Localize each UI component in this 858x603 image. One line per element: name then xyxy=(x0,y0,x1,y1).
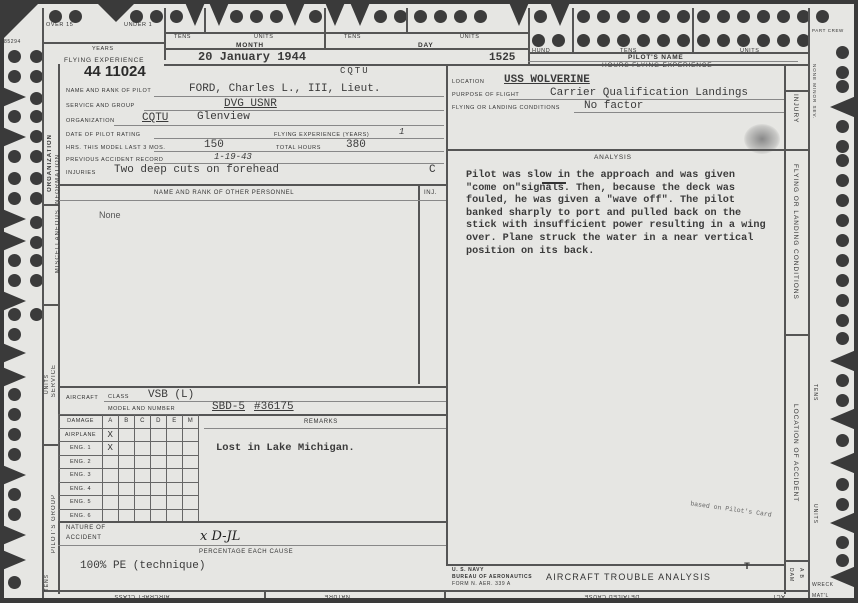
punch-notch xyxy=(830,452,856,474)
month-units-label: Units xyxy=(254,34,274,40)
punch-hole xyxy=(597,34,610,47)
punch-hole xyxy=(474,10,487,23)
aircraft-number: #36175 xyxy=(254,401,294,413)
punch-hole xyxy=(836,314,849,327)
side-label-tens: Tens xyxy=(812,384,818,401)
previous-accident-label: Previous Accident Record xyxy=(66,157,163,163)
punch-hole xyxy=(717,34,730,47)
organization-label: Organization xyxy=(66,118,115,124)
punch-hole xyxy=(697,10,710,23)
divider xyxy=(164,32,528,34)
damage-cell xyxy=(183,428,199,442)
divider xyxy=(692,8,694,54)
purpose-of-flight: Carrier Qualification Landings xyxy=(550,87,748,99)
damage-cell xyxy=(135,455,151,469)
punch-hole xyxy=(836,274,849,287)
damage-cell xyxy=(103,455,119,469)
punch-notch xyxy=(0,126,26,148)
damage-header-row: Damage A B C D E M xyxy=(59,415,199,429)
divider xyxy=(528,61,798,62)
side-label-tens: Tens xyxy=(44,574,50,591)
nature-label-line2: Accident xyxy=(66,535,101,541)
damage-cell xyxy=(151,469,167,483)
divider xyxy=(164,64,808,66)
footer-org-line1: U. S. Navy xyxy=(452,567,484,573)
bottom-mat: Mat'l xyxy=(812,593,829,599)
punch-notch xyxy=(0,86,26,108)
damage-col: M xyxy=(183,415,199,429)
organization-unit: CQTU xyxy=(142,112,168,124)
punch-hole xyxy=(8,408,21,421)
punch-hole xyxy=(757,34,770,47)
punch-hole xyxy=(777,34,790,47)
side-label-injury: Injury xyxy=(792,94,799,123)
damage-cell xyxy=(167,442,183,456)
punch-hole xyxy=(836,140,849,153)
bottom-act: Act xyxy=(772,593,785,599)
damage-cell xyxy=(119,469,135,483)
left-border xyxy=(42,8,44,598)
punch-hole xyxy=(836,434,849,447)
damage-cell xyxy=(151,496,167,510)
punch-hole xyxy=(617,10,630,23)
divider xyxy=(784,560,808,562)
aircraft-trouble-analysis-card: 85294 xyxy=(4,4,854,598)
previous-accident: 1-19-43 xyxy=(214,152,252,162)
punch-hole xyxy=(250,10,263,23)
day-units-label: Units xyxy=(460,34,480,40)
damage-row: Eng. 5 xyxy=(59,496,199,510)
other-personnel-value: None xyxy=(99,210,121,220)
analysis-line: banked sharply to port and pulled back o… xyxy=(466,208,766,221)
punch-hole xyxy=(677,34,690,47)
punch-hole xyxy=(836,214,849,227)
damage-cell xyxy=(119,455,135,469)
pilot-name-label: Name and Rank of Pilot xyxy=(66,88,151,94)
class-label: Class xyxy=(108,394,129,400)
location: USS WOLVERINE xyxy=(504,74,590,86)
damage-cell: X xyxy=(103,428,119,442)
punch-hole xyxy=(8,274,21,287)
divider xyxy=(784,149,808,151)
punch-notch xyxy=(349,0,371,26)
damage-cell xyxy=(135,496,151,510)
punch-hole xyxy=(677,10,690,23)
side-label-units: Units xyxy=(44,374,50,394)
punch-hole xyxy=(836,254,849,267)
divider xyxy=(572,8,574,54)
analysis-line: position on its back. xyxy=(466,246,766,259)
damage-row-label: Eng. 2 xyxy=(59,455,103,469)
punch-notch xyxy=(184,0,206,26)
damage-col: B xyxy=(119,415,135,429)
punch-hole xyxy=(697,34,710,47)
punch-hole xyxy=(170,10,183,23)
divider xyxy=(58,386,446,388)
damage-header: Damage xyxy=(59,415,103,429)
punch-notch xyxy=(208,0,230,26)
damage-cell xyxy=(183,469,199,483)
underline xyxy=(154,151,444,152)
side-label-misc: Miscellaneous Information xyxy=(55,154,61,273)
injuries-label: Injuries xyxy=(66,170,96,176)
punch-hole xyxy=(836,174,849,187)
organization-place: Glenview xyxy=(197,111,250,123)
analysis-line: fouled, he was given a "wave off". The p… xyxy=(466,195,766,208)
punch-hole xyxy=(8,448,21,461)
divider xyxy=(164,8,166,60)
bottom-detailed-cause: Detailed Cause xyxy=(584,593,639,599)
side-label-service: Service xyxy=(51,364,57,397)
damage-row: Eng. 1 X xyxy=(59,442,199,456)
punch-hole xyxy=(8,308,21,321)
damage-cell xyxy=(151,455,167,469)
bottom-nature: Nature xyxy=(324,593,350,599)
punch-notch xyxy=(830,96,856,118)
punch-hole xyxy=(737,10,750,23)
damage-cell xyxy=(151,482,167,496)
punch-hole xyxy=(8,254,21,267)
damage-cell xyxy=(103,482,119,496)
divider xyxy=(58,521,446,523)
punch-hole xyxy=(657,34,670,47)
right-border xyxy=(808,8,810,598)
punch-hole xyxy=(8,508,21,521)
service-group-label: Service and Group xyxy=(66,103,135,109)
divider xyxy=(42,444,58,446)
analysis-line: stick with insufficient power resulting … xyxy=(466,220,766,233)
damage-cell xyxy=(183,442,199,456)
damage-col: E xyxy=(167,415,183,429)
flying-experience-years: 1 xyxy=(399,127,404,137)
underline xyxy=(574,112,784,113)
punch-hole xyxy=(777,10,790,23)
damage-cell xyxy=(151,428,167,442)
punch-notch xyxy=(830,408,856,430)
underline xyxy=(144,110,444,111)
punch-notch xyxy=(0,342,26,364)
other-personnel-header: Name and Rank of Other Personnel xyxy=(154,190,294,196)
damage-cell: X xyxy=(103,442,119,456)
punch-hole xyxy=(836,374,849,387)
divider xyxy=(324,8,326,48)
punch-hole xyxy=(637,34,650,47)
punch-hole xyxy=(737,34,750,47)
divider xyxy=(264,590,266,598)
analysis-line: over. Plane struck the water in a near v… xyxy=(466,233,766,246)
damage-row-label: Airplane xyxy=(59,428,103,442)
punch-hole xyxy=(757,10,770,23)
damage-row: Eng. 3 xyxy=(59,469,199,483)
damage-row-label: Eng. 3 xyxy=(59,469,103,483)
punch-hole xyxy=(836,80,849,93)
nature-of-accident: x D-JL xyxy=(200,529,240,544)
punch-hole xyxy=(8,576,21,589)
punch-hole xyxy=(637,10,650,23)
bottom-ab: A B xyxy=(798,568,804,579)
divider xyxy=(42,590,808,592)
punch-notch xyxy=(0,524,26,546)
side-label-pilots-group: Pilot's Group xyxy=(51,494,57,553)
damage-cell xyxy=(135,428,151,442)
damage-col: D xyxy=(151,415,167,429)
damage-cell xyxy=(103,496,119,510)
punch-notch xyxy=(0,208,26,230)
damage-col: C xyxy=(135,415,151,429)
damage-cell xyxy=(135,482,151,496)
divider xyxy=(784,90,808,92)
aircraft-label: Aircraft xyxy=(66,395,98,401)
divider xyxy=(446,564,784,566)
divider xyxy=(406,8,408,34)
divider xyxy=(418,184,420,384)
flying-conditions-label: Flying or Landing Conditions xyxy=(452,105,560,111)
aircraft-model: SBD-5 xyxy=(212,401,245,413)
damage-cell xyxy=(119,496,135,510)
punch-hole xyxy=(657,10,670,23)
punch-hole xyxy=(552,34,565,47)
punch-hole xyxy=(836,294,849,307)
day-tens-label: Tens xyxy=(344,34,361,40)
divider xyxy=(784,334,808,336)
damage-cell xyxy=(135,442,151,456)
punch-hole xyxy=(8,428,21,441)
bottom-wreck: Wreck xyxy=(812,582,834,588)
punch-hole xyxy=(270,10,283,23)
damage-col: A xyxy=(103,415,119,429)
punch-notch xyxy=(830,512,856,534)
damage-row: Airplane X xyxy=(59,428,199,442)
punch-hole xyxy=(8,70,21,83)
month-tens-label: Tens xyxy=(174,34,191,40)
punch-notch xyxy=(284,0,306,26)
punch-hole xyxy=(309,10,322,23)
damage-cell xyxy=(167,496,183,510)
years-bin-over-15: Over 15 xyxy=(46,22,73,28)
hrs-this-model: 150 xyxy=(204,139,224,151)
punch-notch xyxy=(0,549,26,571)
side-label-organization: Organization xyxy=(47,134,53,192)
damage-table: Damage A B C D E M Airplane X Eng. 1 X xyxy=(58,414,199,523)
punch-notch xyxy=(0,366,26,388)
damage-cell xyxy=(167,469,183,483)
damage-row-label: Eng. 4 xyxy=(59,482,103,496)
damage-cell xyxy=(103,469,119,483)
divider xyxy=(446,149,784,151)
analysis-line: "come on"signals. Then, because the deck… xyxy=(466,183,766,196)
damage-cell xyxy=(167,455,183,469)
punch-hole xyxy=(816,10,829,23)
punch-hole xyxy=(8,110,21,123)
damage-row: Eng. 2 xyxy=(59,455,199,469)
part-crew-label: Part Crew xyxy=(812,28,844,33)
punch-hole xyxy=(836,154,849,167)
side-label-flying-landing: Flying or Landing Conditions xyxy=(792,164,799,300)
punch-hole xyxy=(8,388,21,401)
pilots-name-label: Pilot's Name xyxy=(628,54,684,61)
punch-notch xyxy=(0,230,26,252)
underline xyxy=(154,138,444,139)
hrs-this-model-label: Hrs. This Model Last 3 Mos. xyxy=(66,145,166,151)
bottom-dam: Dam xyxy=(788,568,794,582)
total-hours: 380 xyxy=(346,139,366,151)
divider xyxy=(444,590,446,598)
model-number-label: Model and Number xyxy=(108,406,175,412)
analysis-text: Pilot was slow in the approach and was g… xyxy=(466,170,766,258)
right-inner-border xyxy=(784,64,786,594)
punch-notch xyxy=(324,0,346,26)
damage-cell xyxy=(119,482,135,496)
damage-cell xyxy=(183,496,199,510)
accident-number: 44 11024 xyxy=(84,63,146,80)
punch-hole xyxy=(532,34,545,47)
punch-hole xyxy=(577,10,590,23)
injuries: Two deep cuts on forehead xyxy=(114,164,279,176)
form-title: Aircraft Trouble Analysis xyxy=(546,572,711,582)
punch-hole xyxy=(836,46,849,59)
service-group: DVG USNR xyxy=(224,98,277,110)
damage-cell xyxy=(119,442,135,456)
punch-hole xyxy=(836,478,849,491)
punch-hole xyxy=(8,172,21,185)
punch-hole xyxy=(836,498,849,511)
punch-notch xyxy=(830,350,856,372)
percentage-header: Percentage Each Cause xyxy=(199,549,293,555)
purpose-of-flight-label: Purpose of Flight xyxy=(452,92,519,98)
damage-cell xyxy=(167,428,183,442)
divider xyxy=(42,42,164,44)
punch-hole xyxy=(454,10,467,23)
pilot-name: FORD, Charles L., III, Lieut. xyxy=(189,83,380,95)
punch-notch xyxy=(549,0,571,26)
divider xyxy=(204,8,206,34)
divider xyxy=(42,304,58,306)
punch-hole xyxy=(836,194,849,207)
pilot-rating-date-label: Date of Pilot Rating xyxy=(66,132,141,138)
divider xyxy=(528,52,808,54)
percentage-value: 100% PE (technique) xyxy=(80,560,205,572)
punch-notch xyxy=(0,464,26,486)
side-label-location: Location of Accident xyxy=(792,404,799,502)
divider xyxy=(58,545,446,546)
remarks-value: Lost in Lake Michigan. xyxy=(216,442,355,454)
injury-code: C xyxy=(429,164,436,176)
damage-row: Eng. 4 xyxy=(59,482,199,496)
punch-hole xyxy=(836,234,849,247)
punch-hole xyxy=(617,34,630,47)
punch-hole xyxy=(836,394,849,407)
footer-mark: T xyxy=(744,562,750,573)
punch-hole xyxy=(8,192,21,205)
divider xyxy=(204,428,446,429)
punch-hole xyxy=(8,488,21,501)
damage-cell xyxy=(167,482,183,496)
damage-cell xyxy=(119,428,135,442)
damage-cell xyxy=(183,482,199,496)
punch-hole xyxy=(374,10,387,23)
damage-cell xyxy=(183,455,199,469)
footer-org-line2: Bureau of Aeronautics xyxy=(452,574,532,580)
underline-slow xyxy=(542,182,566,184)
card-number: 1525 xyxy=(489,52,515,64)
punch-hole xyxy=(8,328,21,341)
underline xyxy=(114,125,444,126)
handwritten-note: based on Pilot's Card xyxy=(690,500,772,518)
punch-hole xyxy=(8,50,21,63)
side-label-units: Units xyxy=(812,504,818,524)
punch-hole xyxy=(8,150,21,163)
years-bin-under-1: Under 1 xyxy=(124,22,152,28)
center-divider xyxy=(446,64,448,564)
damage-row-label: Eng. 1 xyxy=(59,442,103,456)
analysis-title: Analysis xyxy=(594,154,632,161)
punch-hole xyxy=(836,536,849,549)
inj-header: Inj. xyxy=(424,190,437,196)
punch-hole xyxy=(717,10,730,23)
analysis-line: Pilot was slow in the approach and was g… xyxy=(466,170,766,183)
location-label: Location xyxy=(452,79,485,85)
damage-cell xyxy=(151,442,167,456)
punch-hole xyxy=(577,34,590,47)
underline xyxy=(509,99,784,100)
aircraft-class: VSB (L) xyxy=(148,389,194,401)
footer-org-line3: Form N. Aer. 339 A xyxy=(452,581,511,587)
punch-notch xyxy=(508,0,530,26)
punch-hole xyxy=(230,10,243,23)
punch-hole xyxy=(434,10,447,23)
divider xyxy=(42,204,58,206)
damage-row-label: Eng. 5 xyxy=(59,496,103,510)
punch-hole xyxy=(836,332,849,345)
punch-hole xyxy=(597,10,610,23)
flying-conditions: No factor xyxy=(584,100,643,112)
punch-hole xyxy=(534,10,547,23)
punch-hole xyxy=(414,10,427,23)
divider xyxy=(528,8,530,66)
side-label-none-minor: None Minor Sev. xyxy=(812,64,817,119)
punch-hole xyxy=(836,120,849,133)
punch-hole xyxy=(836,66,849,79)
accident-date: 20 January 1944 xyxy=(198,50,306,64)
remarks-header: Remarks xyxy=(304,419,338,425)
divider xyxy=(58,184,446,186)
nature-label-line1: Nature of xyxy=(66,525,106,531)
card-serial: 85294 xyxy=(4,39,21,45)
damage-cell xyxy=(135,469,151,483)
corner-cut xyxy=(0,0,42,42)
years-label: Years xyxy=(92,46,114,52)
bottom-aircraft-class: Aircraft Class xyxy=(114,593,169,599)
divider xyxy=(58,200,446,201)
handwritten-unit: CQTU xyxy=(340,66,370,76)
underline xyxy=(154,96,444,97)
